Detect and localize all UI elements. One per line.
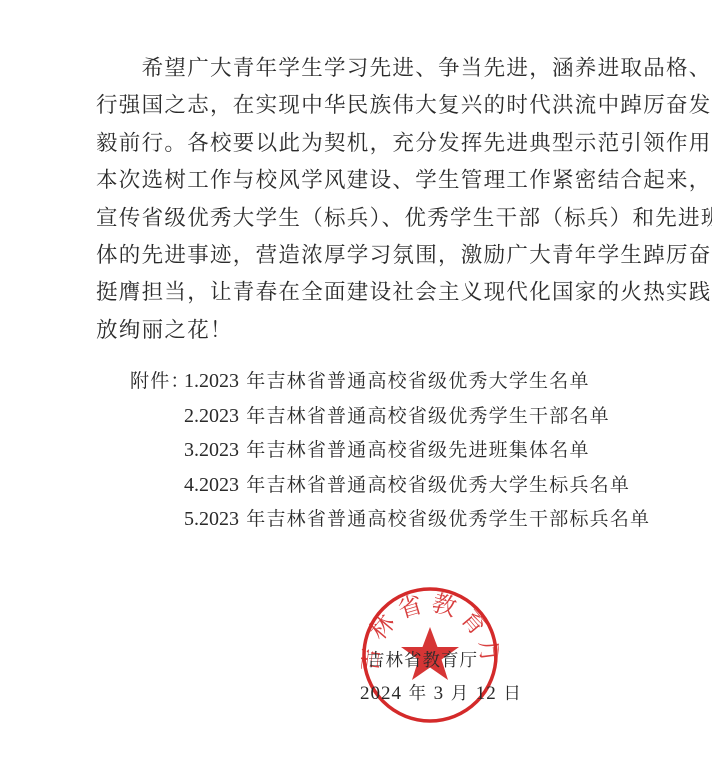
attachments-list: 附件：1.2023 年吉林省普通高校省级优秀大学生名单 2.2023 年吉林省普… [130,364,650,537]
signature-org: 吉林省教育厅 [367,647,478,672]
body-line: 毅前行。各校要以此为契机，充分发挥先进典型示范引领作用，把 [96,125,626,162]
body-paragraph: 希望广大青年学生学习先进、争当先进，涵养进取品格、笃 行强国之志，在实现中华民族… [96,50,626,349]
body-line: 本次选树工作与校风学风建设、学生管理工作紧密结合起来，大力 [96,162,626,199]
attachment-item: 4.2023 年吉林省普通高校省级优秀大学生标兵名单 [130,468,650,503]
body-line: 挺膺担当，让青春在全面建设社会主义现代化国家的火热实践中绽 [96,274,626,311]
attachment-item: 3.2023 年吉林省普通高校省级先进班集体名单 [130,433,650,468]
body-line: 行强国之志，在实现中华民族伟大复兴的时代洪流中踔厉奋发、勇 [96,87,626,124]
body-line: 放绚丽之花！ [96,312,626,349]
attachments-label: 附件： [130,364,184,399]
body-line: 希望广大青年学生学习先进、争当先进，涵养进取品格、笃 [96,50,626,87]
attachment-item: 5.2023 年吉林省普通高校省级优秀学生干部标兵名单 [130,502,650,537]
attachment-item: 2.2023 年吉林省普通高校省级优秀学生干部名单 [130,399,650,434]
body-line: 体的先进事迹，营造浓厚学习氛围，激励广大青年学生踔厉奋发、 [96,237,626,274]
signature-date: 2024 年 3 月 12 日 [360,680,522,705]
attachment-item: 附件：1.2023 年吉林省普通高校省级优秀大学生名单 [130,364,650,399]
body-line: 宣传省级优秀大学生（标兵）、优秀学生干部（标兵）和先进班集 [96,200,626,237]
